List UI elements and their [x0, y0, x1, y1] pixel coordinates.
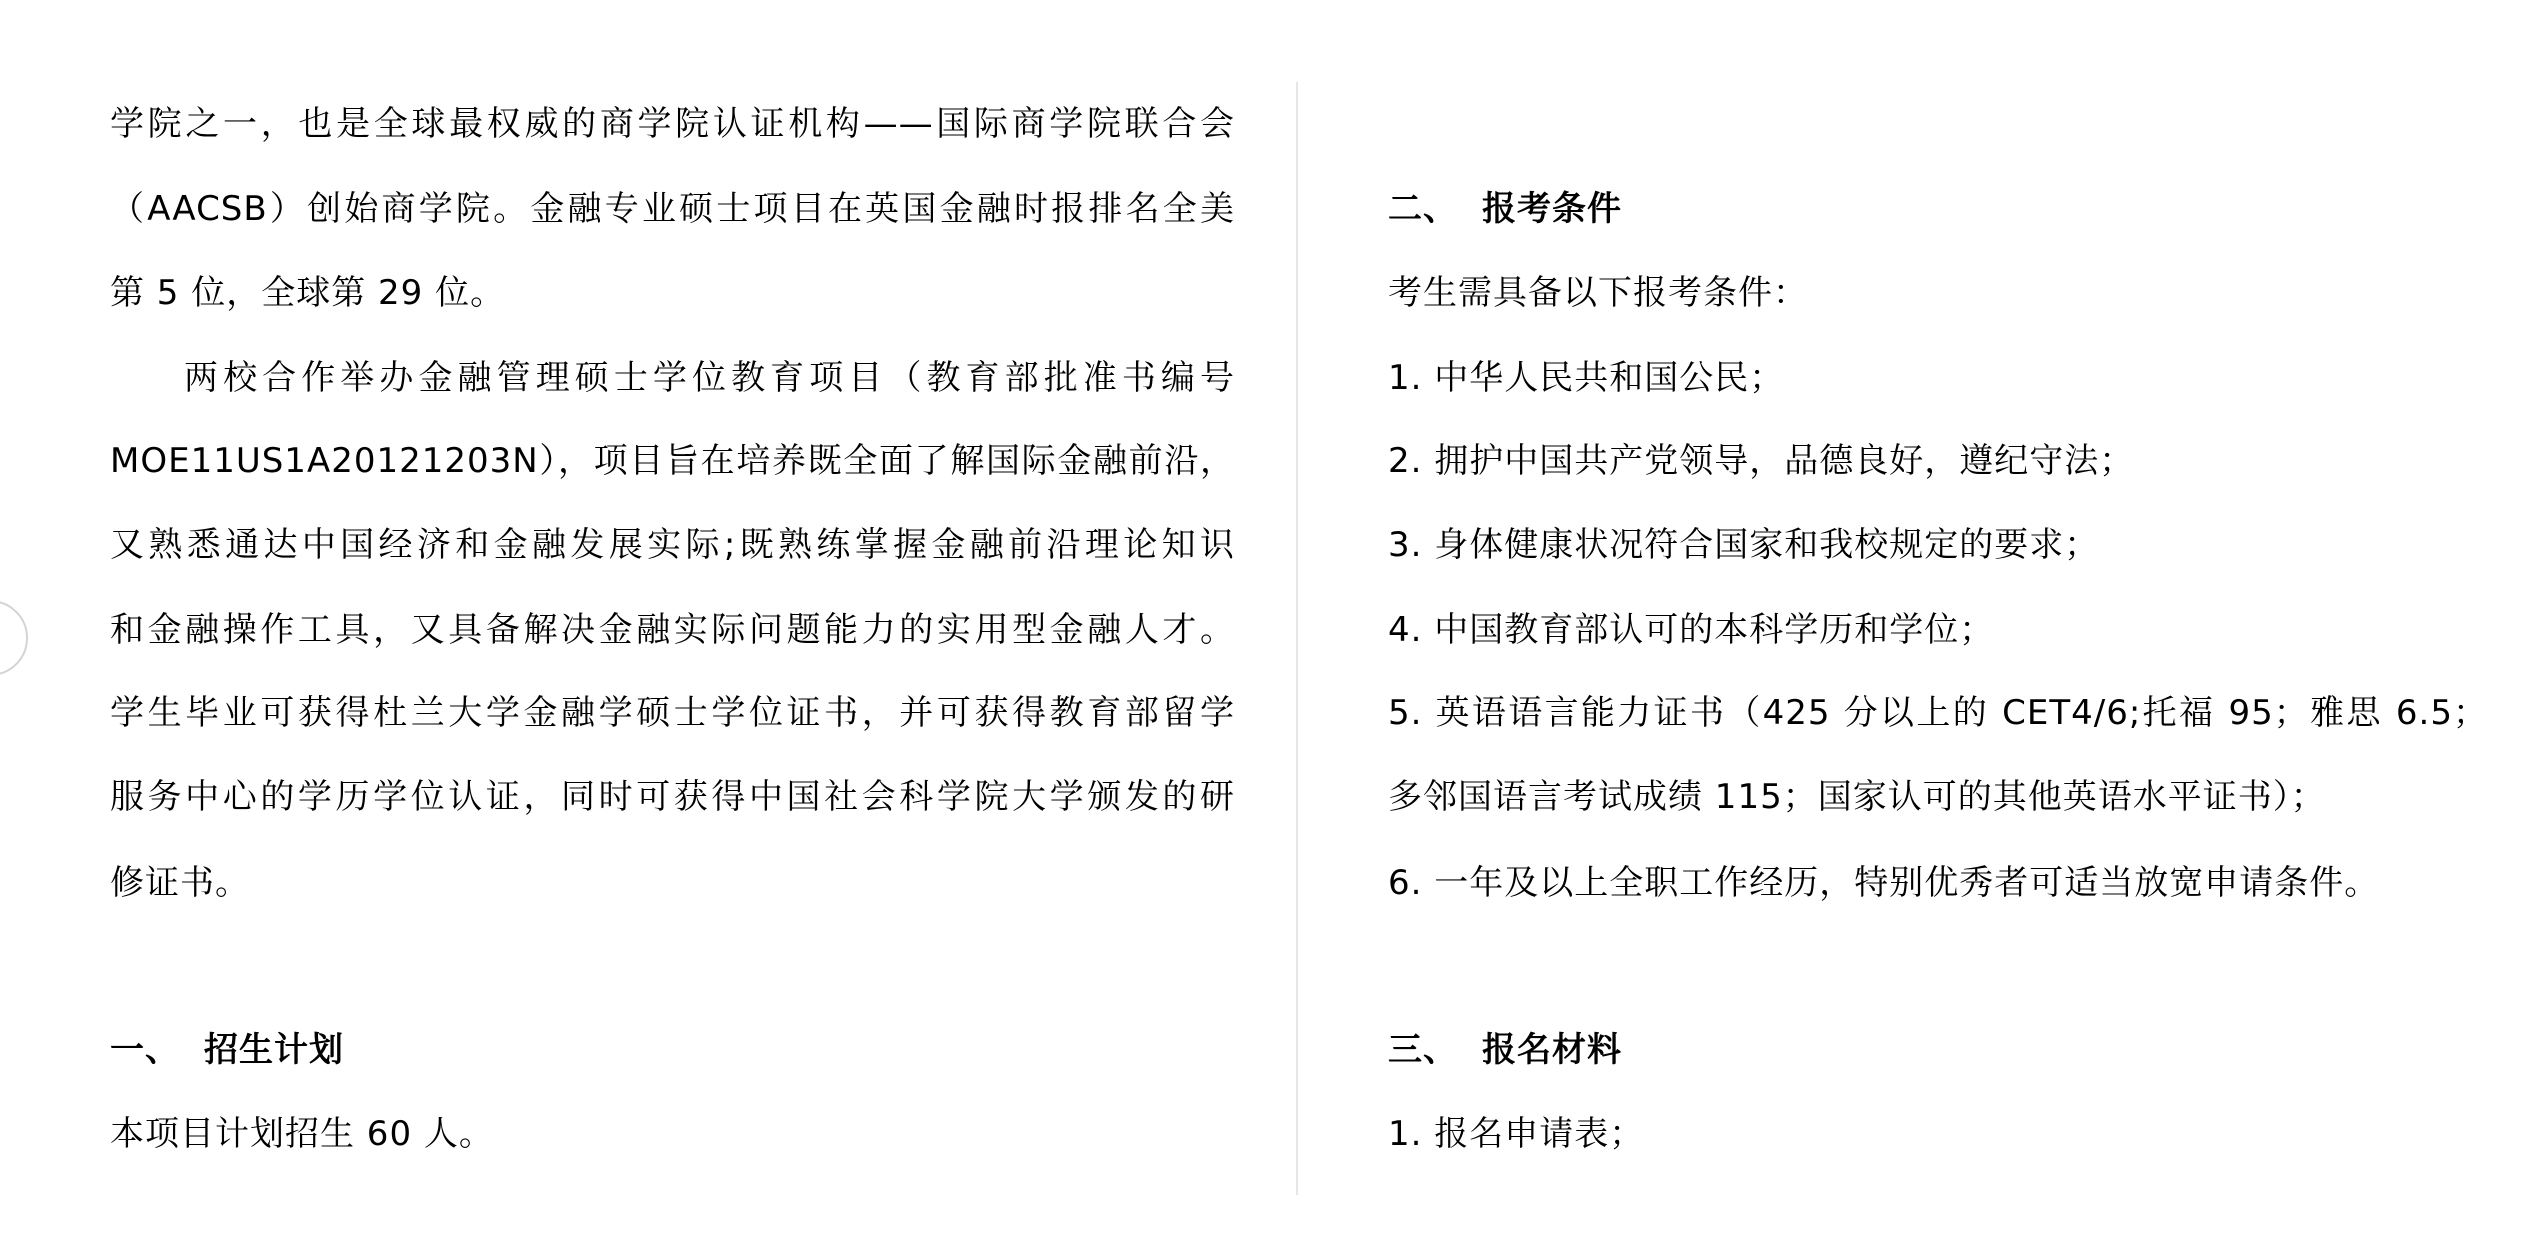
paragraph-line: （AACSB）创始商学院。金融专业硕士项目在英国金融时报排名全美 [110, 187, 1235, 231]
paragraph-line: 服务中心的学历学位认证，同时可获得中国社会科学院大学颁发的研 [110, 775, 1235, 819]
list-item: 6. 一年及以上全职工作经历，特别优秀者可适当放宽申请条件。 [1388, 861, 2379, 905]
paragraph-line: 学院之一，也是全球最权威的商学院认证机构——国际商学院联合会 [110, 102, 1235, 146]
list-item: 1. 报名申请表； [1388, 1112, 1644, 1156]
section-title: 报名材料 [1482, 1030, 1622, 1070]
section-heading-materials: 三、报名材料 [1388, 1028, 1622, 1072]
list-item: 3. 身体健康状况符合国家和我校规定的要求； [1388, 523, 2099, 567]
section-number: 三、 [1388, 1028, 1482, 1072]
list-item: 4. 中国教育部认可的本科学历和学位； [1388, 608, 1994, 652]
paragraph-line: 又熟悉通达中国经济和金融发展实际;既熟练掌握金融前沿理论知识 [110, 523, 1235, 567]
paragraph-line: 两校合作举办金融管理硕士学位教育项目（教育部批准书编号 [110, 356, 1235, 400]
paragraph-line: 修证书。 [110, 861, 250, 905]
section-heading-enrollment-plan: 一、招生计划 [110, 1028, 344, 1072]
list-item: 1. 中华人民共和国公民； [1388, 356, 1784, 400]
paragraph-line: 第 5 位，全球第 29 位。 [110, 271, 505, 315]
section-heading-requirements: 二、报考条件 [1388, 187, 1622, 231]
list-item: 2. 拥护中国共产党领导，品德良好，遵纪守法； [1388, 439, 2134, 483]
section-title: 报考条件 [1482, 189, 1622, 229]
list-item: 5. 英语语言能力证书（425 分以上的 CET4/6;托福 95；雅思 6.5… [1388, 691, 2488, 735]
section-body: 本项目计划招生 60 人。 [110, 1112, 494, 1156]
paragraph-line: MOE11US1A20121203N），项目旨在培养既全面了解国际金融前沿， [110, 439, 1235, 483]
section-intro: 考生需具备以下报考条件： [1388, 271, 1808, 315]
previous-page-button[interactable] [0, 600, 28, 676]
paragraph-line: 学生毕业可获得杜兰大学金融学硕士学位证书，并可获得教育部留学 [110, 691, 1235, 735]
section-number: 二、 [1388, 187, 1482, 231]
section-title: 招生计划 [204, 1030, 344, 1070]
paragraph-line: 和金融操作工具，又具备解决金融实际问题能力的实用型金融人才。 [110, 608, 1235, 652]
list-item: 多邻国语言考试成绩 115；国家认可的其他英语水平证书）； [1388, 775, 2326, 819]
column-divider [1296, 82, 1298, 1195]
section-number: 一、 [110, 1028, 204, 1072]
